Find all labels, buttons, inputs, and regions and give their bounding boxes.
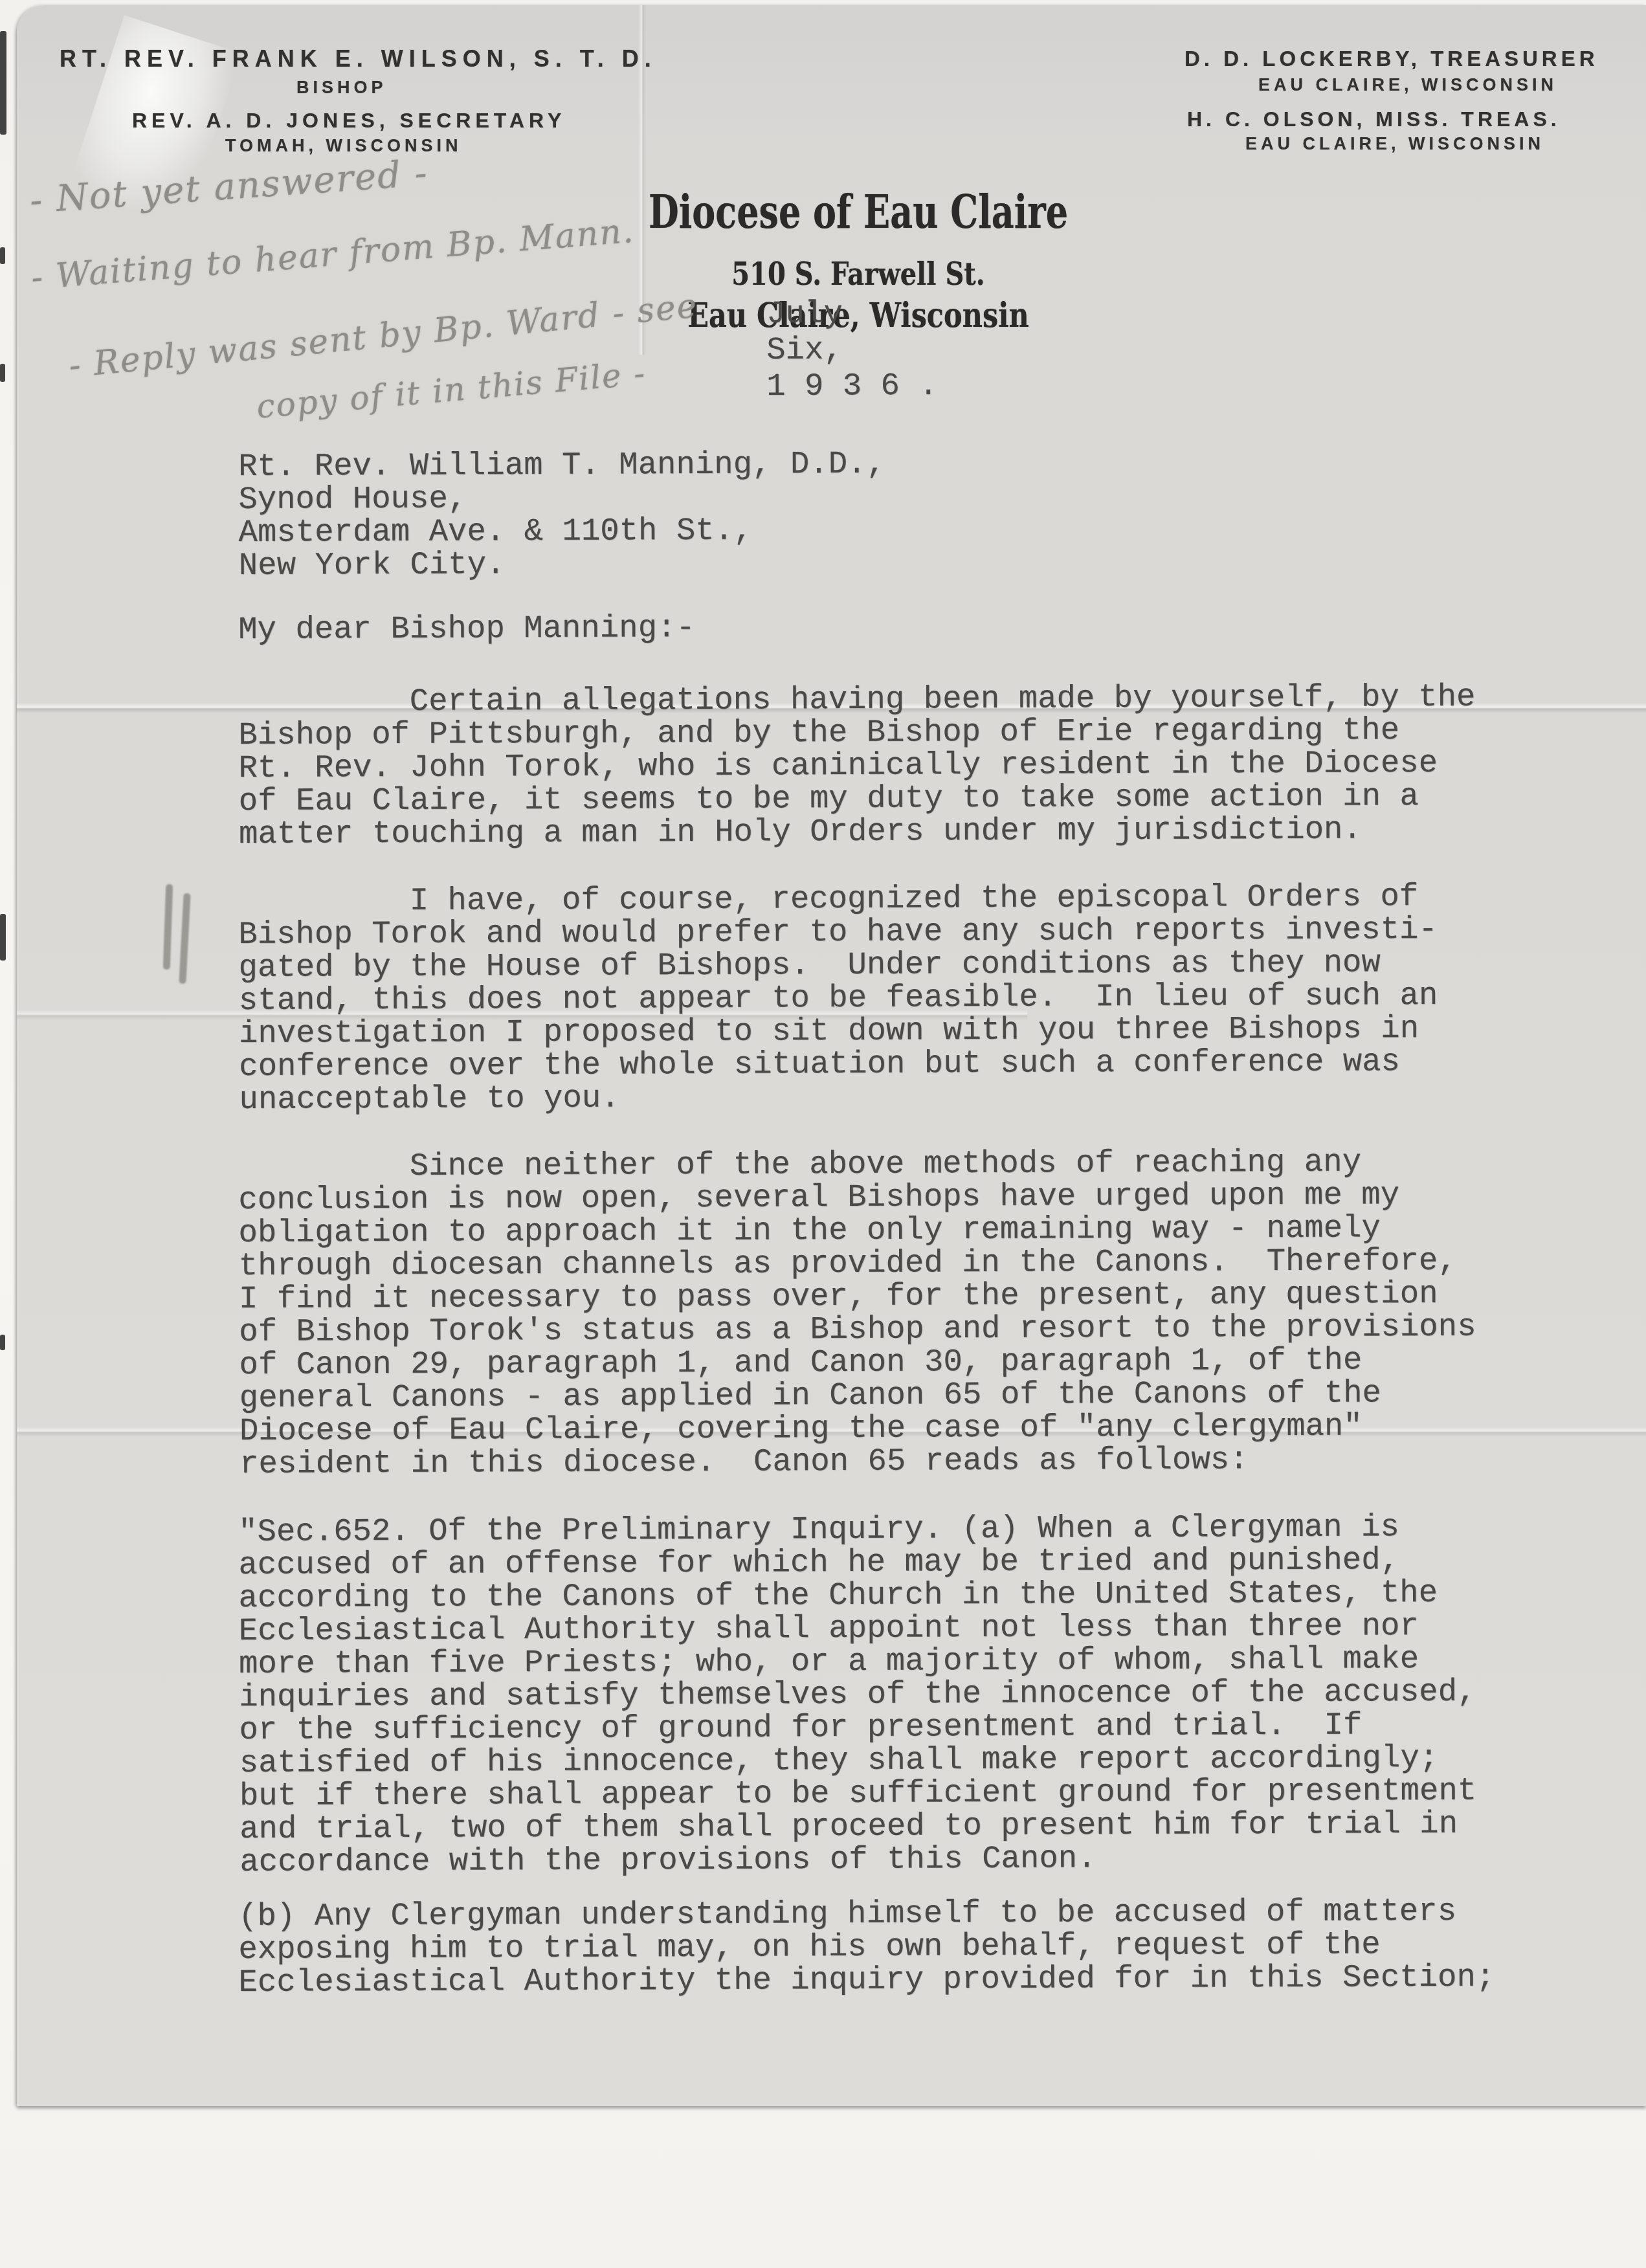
salutation: My dear Bishop Manning:-	[238, 612, 695, 647]
scanned-letter-page: { "letterhead": { "left": { "line1": "RT…	[0, 0, 1646, 2268]
letter-date-line2: Six,	[766, 333, 843, 367]
scanner-edge-mark	[0, 914, 6, 961]
body-paragraph-3: Since neither of the above methods of re…	[238, 1146, 1477, 1481]
letterhead-miss-treas-name: H. C. OLSON, MISS. TREAS.	[1187, 107, 1561, 131]
canon-quote-section-a: "Sec.652. Of the Preliminary Inquiry. (a…	[238, 1511, 1477, 1879]
handwritten-note-waiting: - Waiting to hear from Bp. Mann.	[30, 212, 636, 298]
letterhead-bishop-name: RT. REV. FRANK E. WILSON, S. T. D.	[60, 45, 657, 72]
letter-date-line1: July	[766, 297, 843, 331]
body-paragraph-2: I have, of course, recognized the episco…	[238, 880, 1438, 1117]
pencil-margin-mark	[179, 893, 190, 984]
letterhead-treasurer-city: EAU CLAIRE, WISCONSIN	[1258, 75, 1557, 95]
letterhead-bishop-title: BISHOP	[296, 78, 387, 98]
scanner-edge-mark	[0, 31, 6, 135]
scanner-edge-mark	[0, 1335, 5, 1350]
letter-date-line3: 1 9 3 6 .	[766, 370, 938, 403]
diocese-title: Diocese of Eau Claire	[599, 185, 1117, 239]
recipient-address: Rt. Rev. William T. Manning, D.D., Synod…	[238, 448, 886, 583]
letterhead-treasurer-name: D. D. LOCKERBY, TREASURER	[1184, 47, 1599, 71]
letter-paper: RT. REV. FRANK E. WILSON, S. T. D. BISHO…	[17, 5, 1646, 2106]
diocese-street-address: 510 S. Farwell St.	[599, 256, 1117, 293]
canon-quote-section-b: (b) Any Clergyman understanding himself …	[238, 1895, 1495, 1999]
letterhead-miss-treas-city: EAU CLAIRE, WISCONSIN	[1245, 134, 1544, 154]
letterhead-secretary-name: REV. A. D. JONES, SECRETARY	[132, 109, 566, 133]
pencil-margin-mark	[163, 884, 173, 970]
scanner-edge-mark	[0, 247, 5, 264]
body-paragraph-1: Certain allegations having been made by …	[238, 681, 1476, 851]
handwritten-note-copy-in-file: copy of it in this File -	[255, 354, 647, 425]
scanner-edge-mark	[0, 364, 5, 382]
